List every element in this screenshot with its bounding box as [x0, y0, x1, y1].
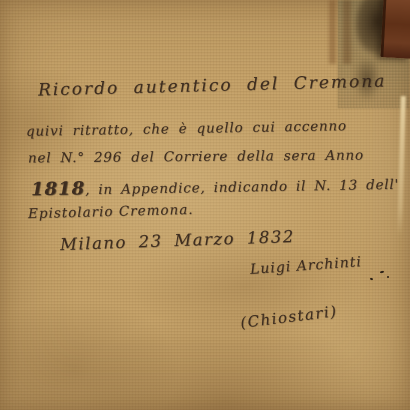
inscription-line-2: quivi ritratto, che è quello cui accenno [26, 118, 347, 140]
wax-seal-remnant [380, 0, 410, 59]
inscription-year: 1818 [31, 178, 85, 200]
canvas-verso-photo: Ricordo autentico del Cremona quivi ritr… [0, 0, 410, 410]
inscription-line-4-rest: , in Appendice, indicando il N. 13 dell' [85, 177, 399, 198]
signature-primary: Luigi Archinti [250, 254, 363, 278]
inscription-line-1: Ricordo autentico del Cremona [38, 71, 387, 100]
inscription-date-line: Milano 23 Marzo 1832 [60, 227, 295, 254]
canvas-selvage-strip [397, 96, 406, 236]
inscription-line-4: 1818, in Appendice, indicando il N. 13 d… [31, 173, 399, 200]
inscription-line-3: nel N.° 296 del Corriere della sera Anno [28, 148, 364, 167]
ink-specks [368, 268, 394, 288]
inscription-line-5: Epistolario Cremona. [28, 202, 194, 222]
signature-secondary: (Chiostari) [239, 302, 338, 332]
